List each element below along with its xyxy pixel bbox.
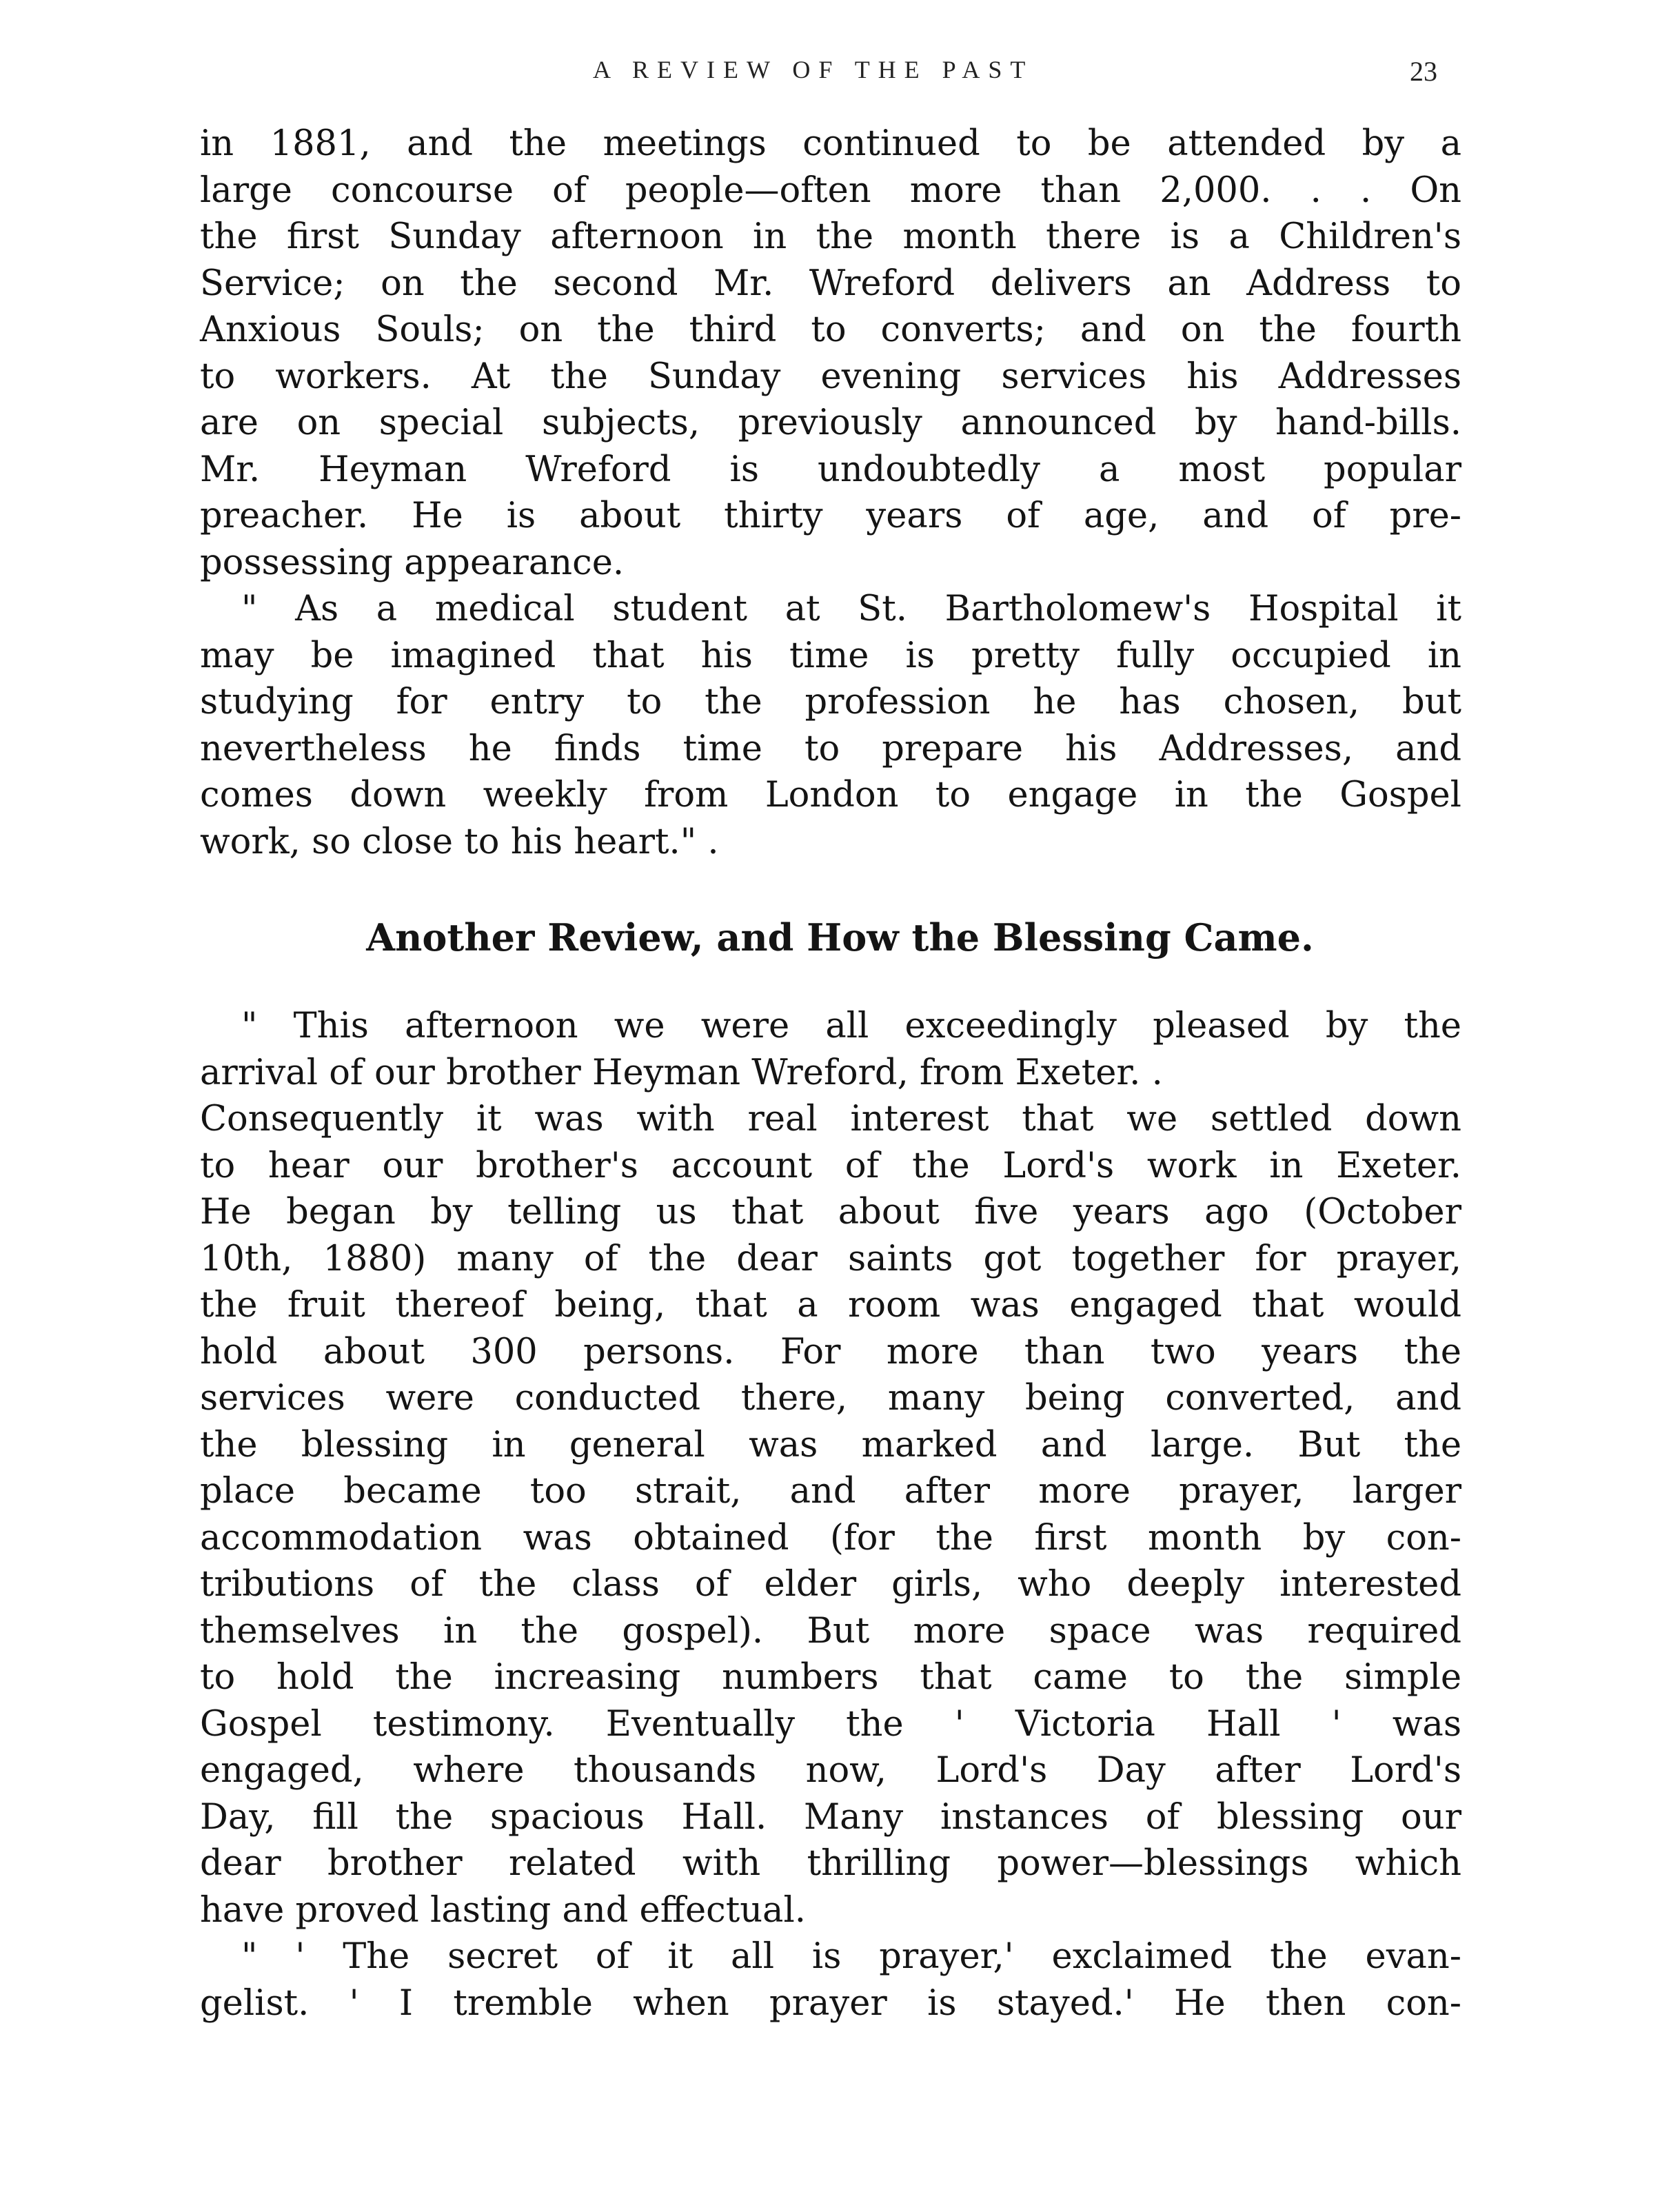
text-line: comes down weekly from London to engage … [200, 772, 1461, 819]
text-line: to hold the increasing numbers that came… [200, 1654, 1461, 1701]
paragraph-block-1: in 1881, and the meetings continued to b… [200, 121, 1461, 865]
text-line: arrival of our brother Heyman Wreford, f… [200, 1050, 1461, 1097]
text-line: Anxious Souls; on the third to converts;… [200, 307, 1461, 354]
text-line: preacher. He is about thirty years of ag… [200, 493, 1461, 540]
text-line: Day, fill the spacious Hall. Many instan… [200, 1794, 1461, 1841]
text-line: may be imagined that his time is pretty … [200, 633, 1461, 680]
text-line: to workers. At the Sunday evening servic… [200, 354, 1461, 400]
text-line: 10th, 1880) many of the dear saints got … [200, 1236, 1461, 1283]
text-line: studying for entry to the profession he … [200, 679, 1461, 726]
text-line: Mr. Heyman Wreford is undoubtedly a most… [200, 447, 1461, 494]
text-line: services were conducted there, many bein… [200, 1375, 1461, 1422]
text-line: Service; on the second Mr. Wreford deliv… [200, 261, 1461, 307]
text-line: gelist. ' I tremble when prayer is staye… [200, 1980, 1461, 2027]
text-line: " ' The secret of it all is prayer,' exc… [200, 1933, 1461, 1980]
text-line: hold about 300 persons. For more than tw… [200, 1329, 1461, 1376]
text-line: Gospel testimony. Eventually the ' Victo… [200, 1701, 1461, 1748]
text-line: nevertheless he finds time to prepare hi… [200, 726, 1461, 773]
paragraph-block-2: " This afternoon we were all exceedingly… [200, 1003, 1461, 2027]
text-line: place became too strait, and after more … [200, 1468, 1461, 1515]
page-number: 23 [1410, 55, 1437, 88]
text-line: have proved lasting and effectual. [200, 1887, 1461, 1934]
text-line: to hear our brother's account of the Lor… [200, 1143, 1461, 1190]
text-line: possessing appearance. [200, 540, 1461, 587]
text-line: work, so close to his heart." . [200, 819, 1461, 866]
text-line: accommodation was obtained (for the firs… [200, 1515, 1461, 1562]
text-line: the fruit thereof being, that a room was… [200, 1282, 1461, 1329]
running-head: A REVIEW OF THE PAST 23 [0, 55, 1680, 97]
book-page: A REVIEW OF THE PAST 23 in 1881, and the… [0, 0, 1680, 2203]
text-line: the first Sunday afternoon in the month … [200, 214, 1461, 261]
text-line: themselves in the gospel). But more spac… [200, 1608, 1461, 1655]
text-line: in 1881, and the meetings continued to b… [200, 121, 1461, 167]
text-line: tributions of the class of elder girls, … [200, 1561, 1461, 1608]
text-line: " As a medical student at St. Bartholome… [200, 586, 1461, 633]
text-line: large concourse of people—often more tha… [200, 167, 1461, 214]
text-line: the blessing in general was marked and l… [200, 1422, 1461, 1469]
text-line: " This afternoon we were all exceedingly… [200, 1003, 1461, 1050]
text-line: engaged, where thousands now, Lord's Day… [200, 1747, 1461, 1794]
running-title: A REVIEW OF THE PAST [593, 55, 1033, 84]
section-heading: Another Review, and How the Blessing Cam… [0, 915, 1680, 960]
text-line: Consequently it was with real interest t… [200, 1096, 1461, 1143]
text-line: dear brother related with thrilling powe… [200, 1840, 1461, 1887]
text-line: are on special subjects, previously anno… [200, 400, 1461, 447]
text-line: He began by telling us that about five y… [200, 1189, 1461, 1236]
